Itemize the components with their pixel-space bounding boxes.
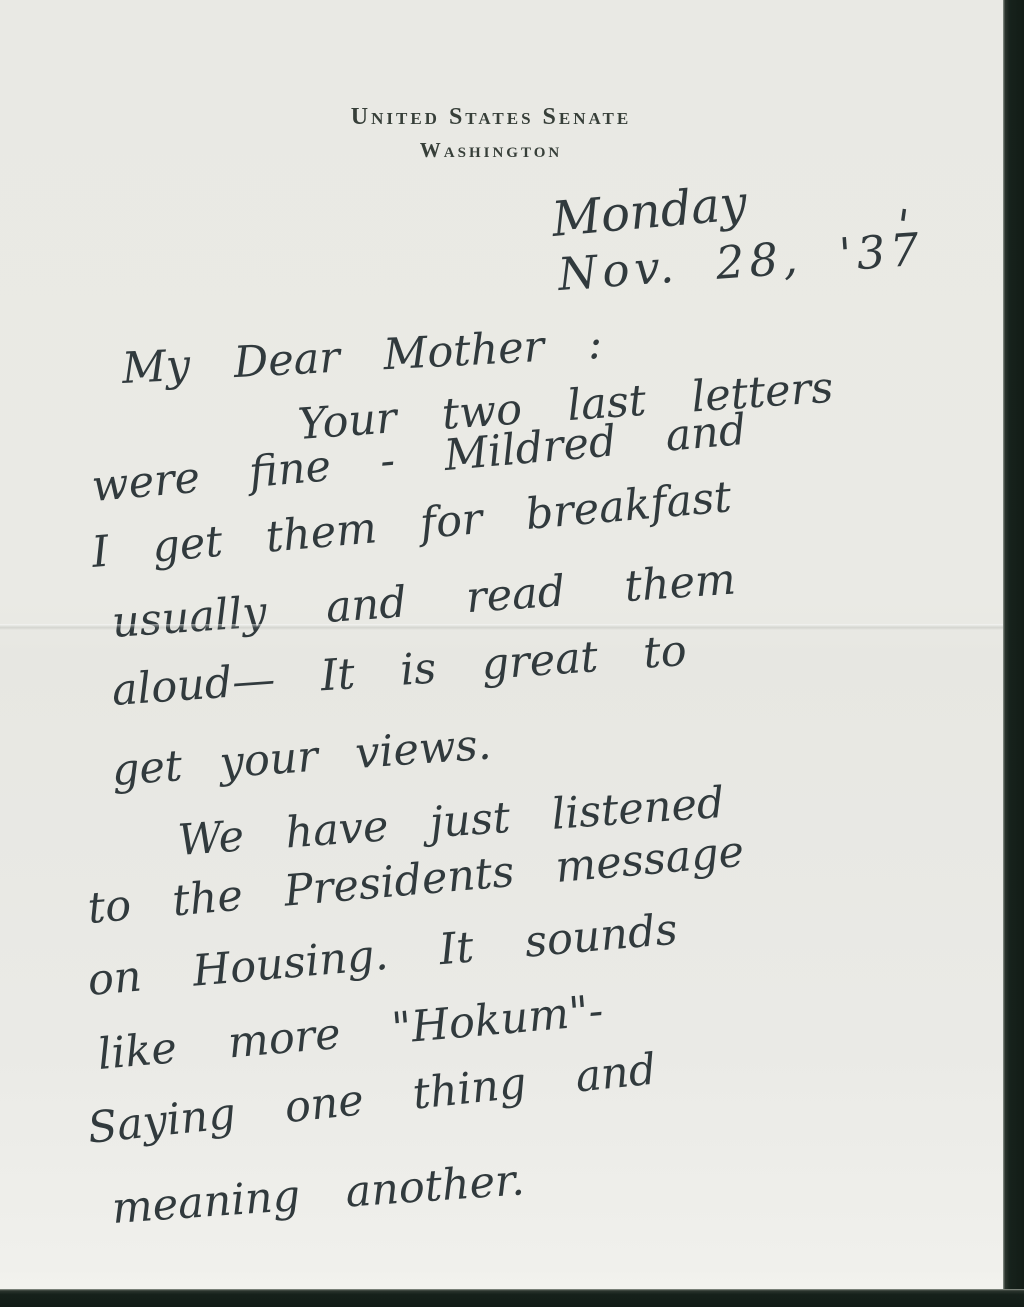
letterhead-line1: United States Senate <box>0 104 982 131</box>
letter-scan-page: United States Senate Washington Monday '… <box>0 0 1024 1307</box>
letterhead: United States Senate Washington <box>0 104 982 163</box>
letter-line: meaning another. <box>111 1159 526 1231</box>
scan-border-right <box>1003 0 1024 1307</box>
date-day: Monday <box>550 179 749 244</box>
salutation: My Dear Mother : <box>121 323 603 391</box>
letter-line: aloud— It is great to <box>111 630 688 713</box>
letter-line: get your views. <box>111 724 493 793</box>
letterhead-line2: Washington <box>0 138 982 163</box>
scan-border-bottom <box>0 1289 1024 1307</box>
